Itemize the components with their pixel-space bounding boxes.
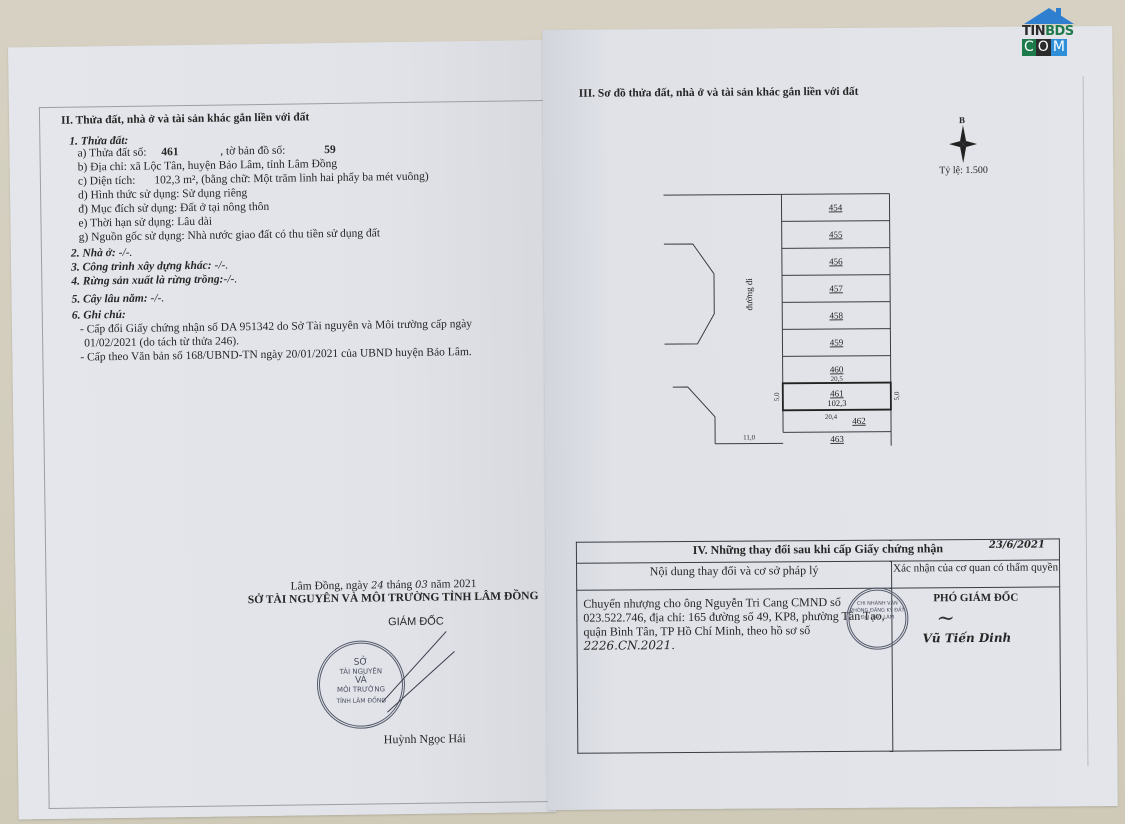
- parcel-label: a) Thửa đất số:: [77, 147, 146, 160]
- svg-text:462: 462: [852, 416, 866, 426]
- section-iii-title: III. Sơ đồ thửa đất, nhà ở và tài sản kh…: [579, 86, 859, 100]
- change-line-2: 023.522.746, địa chỉ: 165 đường số 49, K…: [583, 609, 885, 625]
- area-label: c) Diện tích:: [78, 175, 136, 188]
- changes-title: IV. Những thay đổi sau khi cấp Giấy chứn…: [693, 541, 943, 557]
- perennial-label: 5. Cây lâu năm:: [71, 293, 147, 306]
- change-content-cell: Chuyển nhượng cho ông Nguyễn Tri Cang CM…: [577, 588, 893, 753]
- changes-table: IV. Những thay đổi sau khi cấp Giấy chứn…: [576, 538, 1061, 753]
- svg-text:20,5: 20,5: [831, 375, 844, 383]
- date-month-label: tháng: [387, 579, 413, 591]
- usage-purpose: đ) Mục đích sử dụng: Đất ở tại nông thôn: [78, 200, 269, 217]
- svg-text:458: 458: [829, 310, 843, 320]
- house-row: 2. Nhà ở: -/-.: [71, 246, 133, 261]
- svg-text:454: 454: [829, 202, 843, 212]
- svg-text:5,0: 5,0: [893, 391, 901, 400]
- branch-seal-text: CHI NHÁNH VĂN PHÒNG ĐĂNG KÝ ĐẤT ĐAI BẢO …: [850, 601, 905, 621]
- forest-row: 4. Rừng sản xuất là rừng trồng:-/-.: [71, 272, 237, 288]
- certificate-page-right: III. Sơ đồ thửa đất, nhà ở và tài sản kh…: [542, 26, 1117, 810]
- change-line-4: 2226.CN.2021.: [584, 637, 886, 653]
- date-month: 03: [415, 580, 428, 591]
- map-sheet-label: , tờ bản đồ số:: [220, 145, 285, 158]
- changes-col-header-content: Nội dung thay đổi và cơ sở pháp lý: [577, 561, 892, 590]
- date-prefix: Lâm Đồng, ngày: [291, 580, 369, 593]
- logo-tin: TIN: [1022, 24, 1045, 39]
- signature-strokes: [346, 621, 457, 723]
- logo-m: M: [1051, 39, 1067, 56]
- date-year: năm 2021: [431, 578, 477, 591]
- svg-text:102,3: 102,3: [827, 398, 846, 408]
- tinbds-logo: TINBDS COM: [1020, 6, 1078, 62]
- confirm-title: PHÓ GIÁM ĐỐC: [896, 591, 1055, 604]
- house-label: 2. Nhà ở:: [71, 247, 116, 260]
- svg-text:463: 463: [830, 434, 844, 444]
- logo-o: O: [1036, 39, 1051, 56]
- svg-text:11,0: 11,0: [743, 434, 756, 442]
- changes-col-header-confirm: Xác nhận của cơ quan có thẩm quyền: [892, 560, 1060, 588]
- perennial-value: -/-.: [148, 292, 165, 304]
- forest-value: -/-.: [223, 273, 237, 285]
- compass-icon: [949, 125, 977, 163]
- date-day: 24: [371, 580, 384, 591]
- house-roof-icon: [1020, 6, 1078, 24]
- confirm-signature: ~: [936, 605, 1055, 631]
- road-label: đường đi: [744, 278, 754, 310]
- other-construction-value: -/-.: [211, 259, 228, 271]
- parcel-number: 461: [161, 145, 217, 160]
- notes-heading: 6. Ghi chú:: [72, 308, 126, 323]
- logo-line-2: COM: [1022, 39, 1067, 56]
- change-confirm-cell: PHÓ GIÁM ĐỐC ~ Vũ Tiến Dinh: [892, 587, 1061, 751]
- map-sheet-number: 59: [324, 144, 336, 156]
- area-value: 102,3 m², (bằng chữ: Một trăm linh hai p…: [154, 171, 429, 187]
- svg-text:459: 459: [830, 337, 844, 347]
- svg-text:455: 455: [829, 229, 843, 239]
- confirm-signer-name: Vũ Tiến Dinh: [923, 630, 1056, 645]
- signer-name: Huỳnh Ngọc Hải: [384, 731, 466, 747]
- handwritten-date: 23/6/2021: [989, 540, 1045, 551]
- branch-seal: CHI NHÁNH VĂN PHÒNG ĐĂNG KÝ ĐẤT ĐAI BẢO …: [846, 587, 908, 649]
- logo-line-1: TINBDS: [1022, 24, 1074, 39]
- svg-text:460: 460: [830, 364, 844, 374]
- house-value: -/-.: [116, 247, 133, 259]
- certificate-page-left: II. Thửa đất, nhà ở và tài sản khác gắn …: [8, 40, 557, 819]
- svg-text:456: 456: [829, 256, 843, 266]
- logo-c: C: [1022, 39, 1036, 56]
- svg-text:5,0: 5,0: [773, 392, 781, 401]
- logo-bds: BDS: [1045, 24, 1074, 39]
- svg-text:20,4: 20,4: [825, 413, 838, 421]
- forest-label: 4. Rừng sản xuất là rừng trồng:: [71, 274, 223, 288]
- perennial-row: 5. Cây lâu năm: -/-.: [71, 291, 164, 306]
- changes-title-cell: IV. Những thay đổi sau khi cấp Giấy chứn…: [576, 539, 1059, 563]
- other-construction-label: 3. Công trình xây dựng khác:: [71, 260, 212, 274]
- col1-header-text: Nội dung thay đổi và cơ sở pháp lý: [650, 563, 819, 578]
- map-scale: Tỷ lệ: 1.500: [939, 165, 988, 176]
- compass-north-label: B: [959, 115, 965, 125]
- parcel-diagram: 454455456457458459460461462463102,320,52…: [663, 187, 905, 459]
- col2-header-text: Xác nhận của cơ quan có thẩm quyền: [893, 561, 1058, 574]
- svg-text:457: 457: [829, 283, 843, 293]
